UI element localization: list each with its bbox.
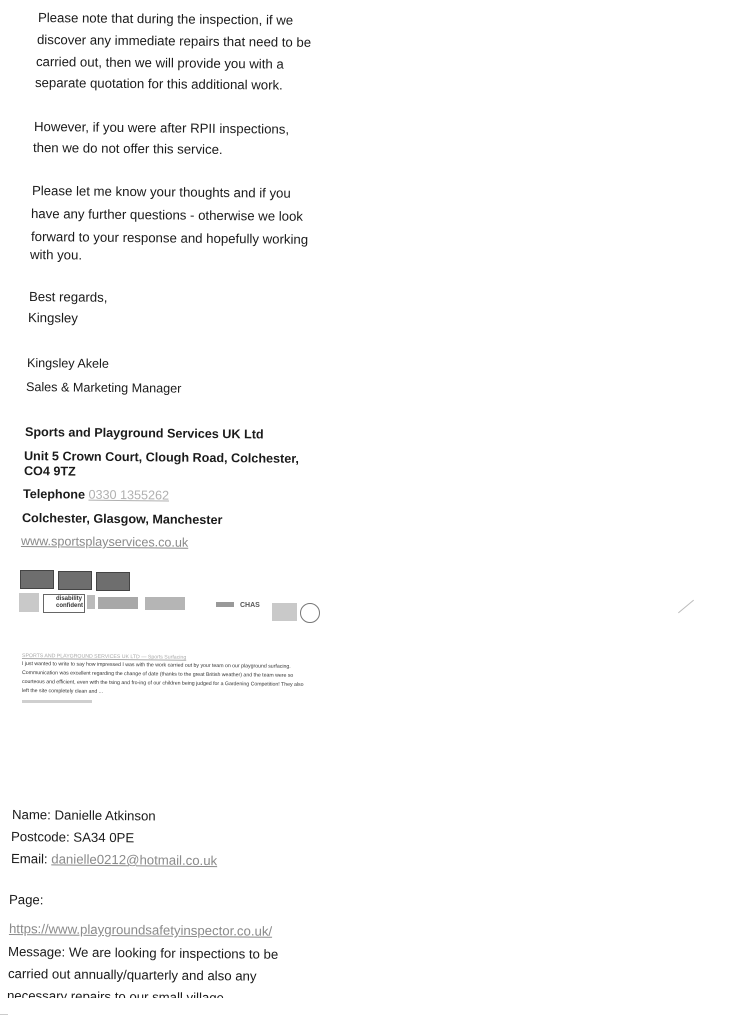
signature-title: Sales & Marketing Manager xyxy=(26,378,182,398)
banner-logo xyxy=(98,597,138,609)
letter-paragraph3-line4: with you. xyxy=(30,246,82,265)
letter-paragraph1-line2: discover any immediate repairs that need… xyxy=(37,31,311,52)
enquiry-postcode: Postcode: SA34 0PE xyxy=(11,828,134,847)
letter-paragraph2-line1: However, if you were after RPII inspecti… xyxy=(34,118,289,139)
closing-text: Best regards, xyxy=(29,288,108,307)
postcode-label: Postcode: xyxy=(11,829,70,845)
scan-mark xyxy=(678,600,694,614)
small-figure-logo xyxy=(87,595,95,609)
enquiry-message-line3: necessary repairs to our small village xyxy=(7,987,224,998)
enquiry-message-line2: carried out annually/quarterly and also … xyxy=(8,965,257,986)
sign-name: Kingsley xyxy=(28,309,78,328)
enquiry-name: Name: Danielle Atkinson xyxy=(12,806,156,826)
disability-confident-text: disability confident xyxy=(56,596,84,610)
message-clip: necessary repairs to our small village xyxy=(0,985,360,998)
signature-telephone: Telephone 0330 1355262 xyxy=(23,485,169,505)
signature-full-name: Kingsley Akele xyxy=(27,354,109,373)
letter-paragraph1-line4: separate quotation for this additional w… xyxy=(35,74,283,95)
review-line-4: left the site completely clean and ... xyxy=(22,687,103,696)
letter-paragraph3-line2: have any further questions - otherwise w… xyxy=(31,205,303,226)
signature-address-line2: CO4 9TZ xyxy=(24,462,76,481)
page-label: Page: xyxy=(9,891,44,909)
letter-paragraph3-line1: Please let me know your thoughts and if … xyxy=(32,182,291,203)
message-text-1: We are looking for inspections to be xyxy=(69,945,279,962)
circle-star-logo xyxy=(300,603,320,623)
name-label: Name: xyxy=(12,807,51,822)
enquiry-message-line1: Message: We are looking for inspections … xyxy=(8,943,278,964)
email-label: Email: xyxy=(11,851,48,866)
page-url-link[interactable]: https://www.playgroundsafetyinspector.co… xyxy=(9,920,272,941)
chas-badge-3 xyxy=(96,572,130,591)
chas-logo: CHAS xyxy=(240,602,264,614)
grey-square-logo xyxy=(272,603,297,621)
name-value: Danielle Atkinson xyxy=(54,807,155,823)
scan-mark-edge xyxy=(0,1014,8,1015)
telephone-link[interactable]: 0330 1355262 xyxy=(88,488,169,503)
enquiry-email: Email: danielle0212@hotmail.co.uk xyxy=(11,850,217,870)
signature-locations: Colchester, Glasgow, Manchester xyxy=(22,509,223,529)
letter-paragraph2-line2: then we do not offer this service. xyxy=(33,139,223,159)
website-link[interactable]: www.sportsplayservices.co.uk xyxy=(21,532,188,552)
email-link[interactable]: danielle0212@hotmail.co.uk xyxy=(51,851,217,868)
letter-paragraph1-line1: Please note that during the inspection, … xyxy=(38,9,293,30)
chas-badge-1 xyxy=(20,570,54,589)
signature-company: Sports and Playground Services UK Ltd xyxy=(25,423,264,443)
rpii-logo xyxy=(19,593,39,612)
message-label: Message: xyxy=(8,944,65,960)
chas-badge-2 xyxy=(58,571,92,590)
disability-confident-logo: disability confident xyxy=(43,594,85,613)
small-text-logo xyxy=(216,602,234,607)
education-logo xyxy=(145,597,185,610)
letter-paragraph1-line3: carried out, then we will provide you wi… xyxy=(36,53,284,74)
telephone-label: Telephone xyxy=(23,487,85,502)
review-faded-line xyxy=(22,700,92,703)
postcode-value: SA34 0PE xyxy=(73,830,134,846)
